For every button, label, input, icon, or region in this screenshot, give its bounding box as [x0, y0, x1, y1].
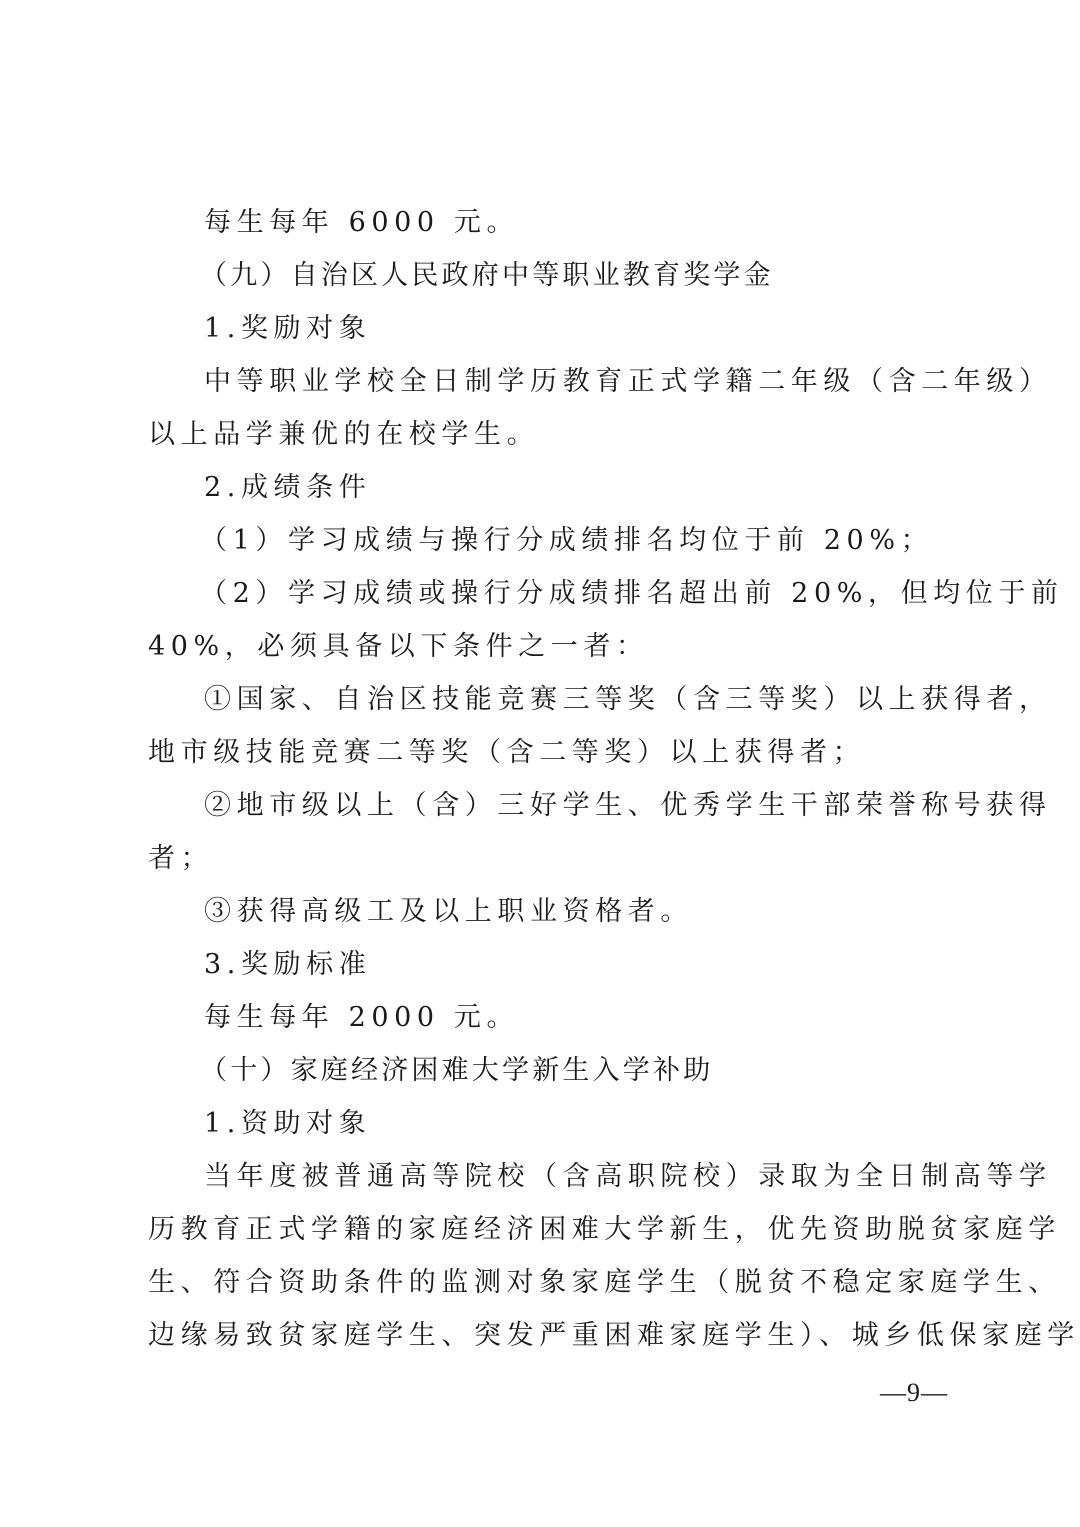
section-heading-9: （九）自治区人民政府中等职业教育奖学金	[200, 258, 1015, 294]
paragraph-line: 每生每年 6000 元。	[204, 205, 964, 241]
paragraph-line: 生、符合资助条件的监测对象家庭学生（脱贫不稳定家庭学生、	[148, 1265, 963, 1301]
sub-condition-1: ①国家、自治区技能竞赛三等奖（含三等奖）以上获得者，	[204, 682, 964, 718]
subheading-aid-target: 1.资助对象	[204, 1106, 964, 1142]
paragraph-line: 每生每年 2000 元。	[204, 1000, 964, 1036]
condition-item-2: （2）学习成绩或操行分成绩排名超出前 20%，但均位于前	[200, 576, 1015, 612]
paragraph-line: 者；	[148, 841, 963, 877]
paragraph-line: 历教育正式学籍的家庭经济困难大学新生，优先资助脱贫家庭学	[148, 1212, 963, 1248]
document-page: 每生每年 6000 元。 （九）自治区人民政府中等职业教育奖学金 1.奖励对象 …	[0, 0, 1080, 1527]
subheading-grade-conditions: 2.成绩条件	[204, 470, 964, 506]
paragraph-line: 40%，必须具备以下条件之一者：	[148, 629, 963, 665]
paragraph-line: 边缘易致贫家庭学生、突发严重困难家庭学生）、城乡低保家庭学	[148, 1318, 963, 1354]
paragraph-line: 中等职业学校全日制学历教育正式学籍二年级（含二年级）	[204, 364, 964, 400]
paragraph-line: 地市级技能竞赛二等奖（含二等奖）以上获得者；	[148, 735, 963, 771]
page-number: —9—	[880, 1377, 948, 1409]
section-heading-10: （十）家庭经济困难大学新生入学补助	[200, 1053, 1015, 1089]
sub-condition-3: ③获得高级工及以上职业资格者。	[204, 894, 964, 930]
sub-condition-2: ②地市级以上（含）三好学生、优秀学生干部荣誉称号获得	[204, 788, 964, 824]
subheading-award-standard: 3.奖励标准	[204, 947, 964, 983]
condition-item-1: （1）学习成绩与操行分成绩排名均位于前 20%；	[200, 523, 1015, 559]
paragraph-line: 当年度被普通高等院校（含高职院校）录取为全日制高等学	[204, 1159, 964, 1195]
paragraph-line: 以上品学兼优的在校学生。	[148, 417, 963, 453]
subheading-award-target: 1.奖励对象	[204, 311, 964, 347]
